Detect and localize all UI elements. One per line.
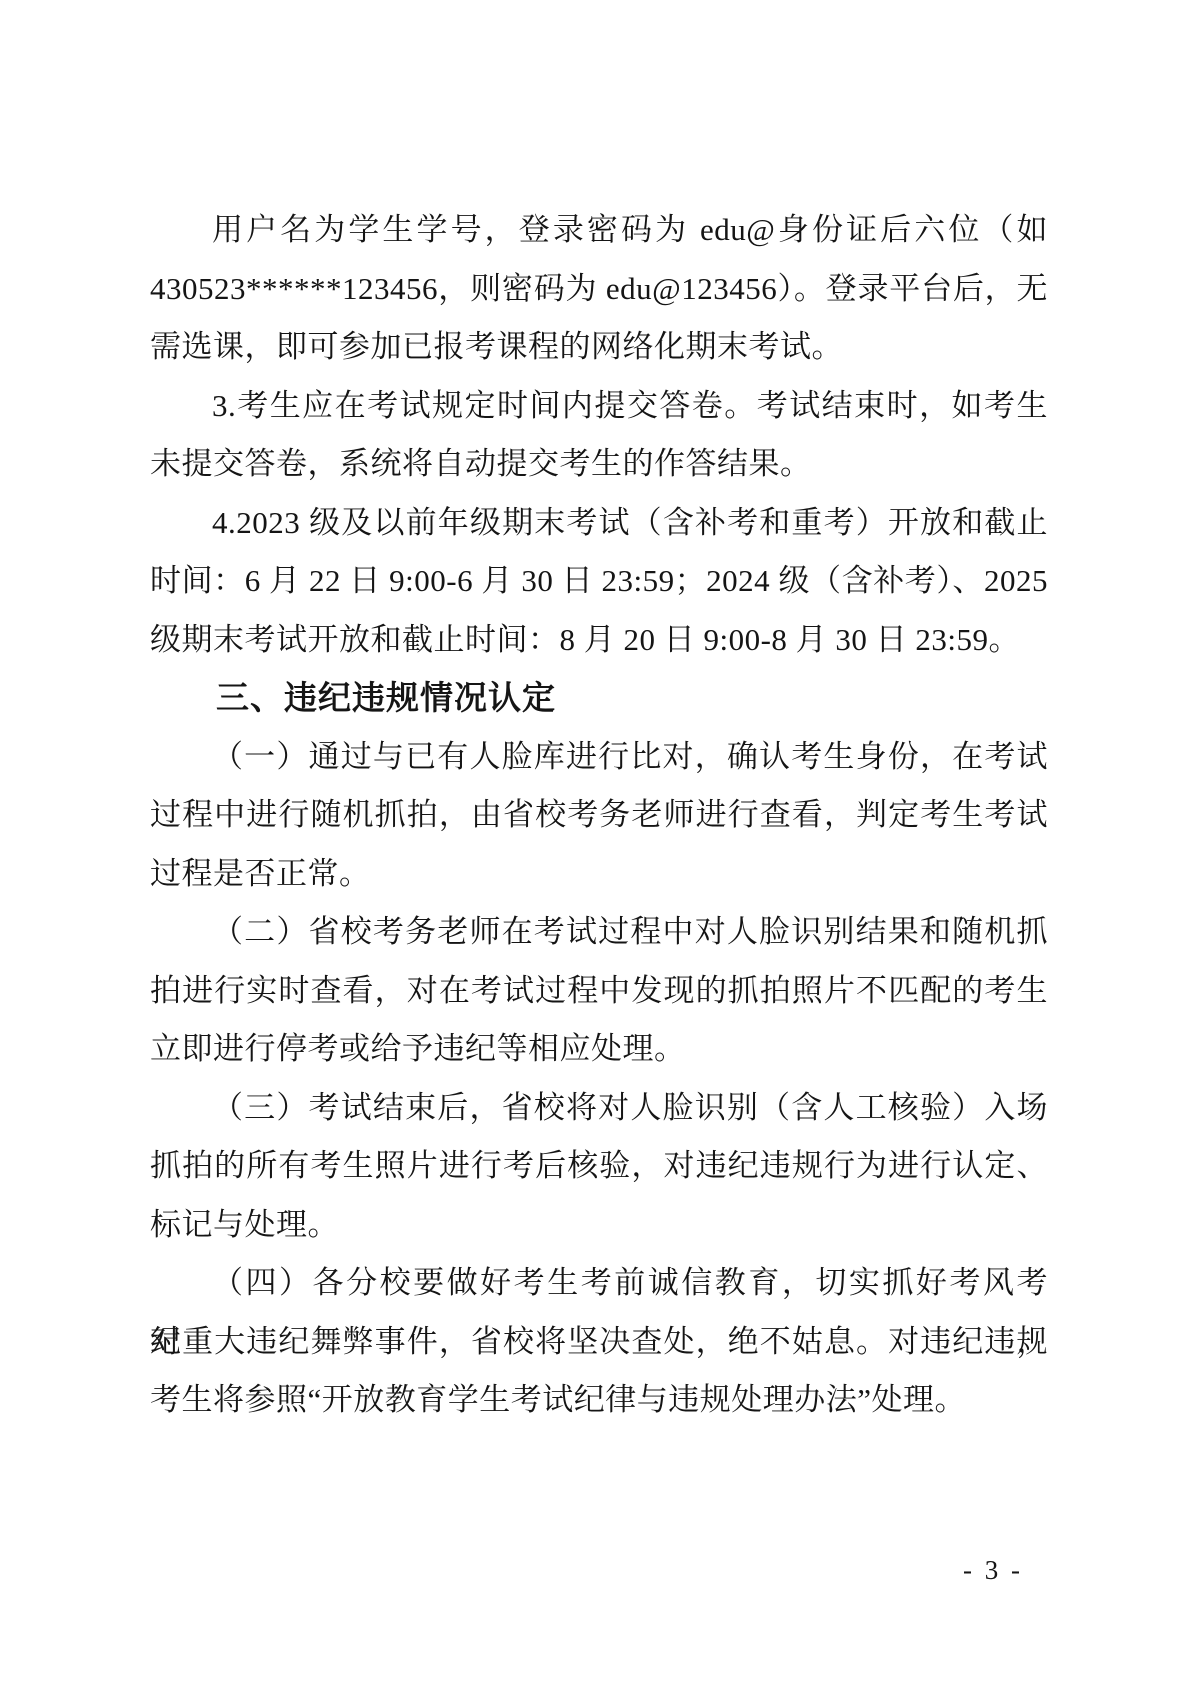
text-line: 3.考生应在考试规定时间内提交答卷。考试结束时，如考生	[150, 377, 1048, 436]
paragraph: （四）各分校要做好考生考前诚信教育，切实抓好考风考纪，对重大违纪舞弊事件，省校将…	[150, 1254, 1048, 1430]
text-line: （二）省校考务老师在考试过程中对人脸识别结果和随机抓	[150, 903, 1048, 962]
paragraph: （二）省校考务老师在考试过程中对人脸识别结果和随机抓拍进行实时查看，对在考试过程…	[150, 903, 1048, 1079]
section-heading: 三、违纪违规情况认定	[150, 669, 1048, 728]
text-line: （四）各分校要做好考生考前诚信教育，切实抓好考风考纪，	[150, 1254, 1048, 1313]
paragraph: 4.2023 级及以前年级期末考试（含补考和重考）开放和截止时间：6 月 22 …	[150, 494, 1048, 670]
document-body: 用户名为学生学号，登录密码为 edu@身份证后六位（如430523******1…	[150, 201, 1048, 1430]
text-line: 需选课，即可参加已报考课程的网络化期末考试。	[150, 318, 1048, 377]
text-line: 时间：6 月 22 日 9:00-6 月 30 日 23:59；2024 级（含…	[150, 552, 1048, 611]
text-line: 过程中进行随机抓拍，由省校考务老师进行查看，判定考生考试	[150, 786, 1048, 845]
text-line: 未提交答卷，系统将自动提交考生的作答结果。	[150, 435, 1048, 494]
document-page: 用户名为学生学号，登录密码为 edu@身份证后六位（如430523******1…	[0, 0, 1191, 1684]
text-line: （三）考试结束后，省校将对人脸识别（含人工核验）入场	[150, 1079, 1048, 1138]
text-line: 抓拍的所有考生照片进行考后核验，对违纪违规行为进行认定、	[150, 1137, 1048, 1196]
text-line: （一）通过与已有人脸库进行比对，确认考生身份，在考试	[150, 728, 1048, 787]
text-line: 立即进行停考或给予违纪等相应处理。	[150, 1020, 1048, 1079]
text-line: 用户名为学生学号，登录密码为 edu@身份证后六位（如	[150, 201, 1048, 260]
paragraph: （一）通过与已有人脸库进行比对，确认考生身份，在考试过程中进行随机抓拍，由省校考…	[150, 728, 1048, 904]
text-line: 过程是否正常。	[150, 845, 1048, 904]
text-line: 对重大违纪舞弊事件，省校将坚决查处，绝不姑息。对违纪违规	[150, 1313, 1048, 1372]
text-line: 标记与处理。	[150, 1196, 1048, 1255]
text-line: 级期末考试开放和截止时间：8 月 20 日 9:00-8 月 30 日 23:5…	[150, 611, 1048, 670]
text-line: 考生将参照“开放教育学生考试纪律与违规处理办法”处理。	[150, 1371, 1048, 1430]
paragraph: 用户名为学生学号，登录密码为 edu@身份证后六位（如430523******1…	[150, 201, 1048, 377]
text-line: 4.2023 级及以前年级期末考试（含补考和重考）开放和截止	[150, 494, 1048, 553]
page-number: - 3 -	[963, 1553, 1023, 1587]
text-line: 拍进行实时查看，对在考试过程中发现的抓拍照片不匹配的考生	[150, 962, 1048, 1021]
paragraph: （三）考试结束后，省校将对人脸识别（含人工核验）入场抓拍的所有考生照片进行考后核…	[150, 1079, 1048, 1255]
text-line: 430523******123456，则密码为 edu@123456）。登录平台…	[150, 260, 1048, 319]
heading-line: 三、违纪违规情况认定	[150, 669, 1048, 728]
paragraph: 3.考生应在考试规定时间内提交答卷。考试结束时，如考生未提交答卷，系统将自动提交…	[150, 377, 1048, 494]
